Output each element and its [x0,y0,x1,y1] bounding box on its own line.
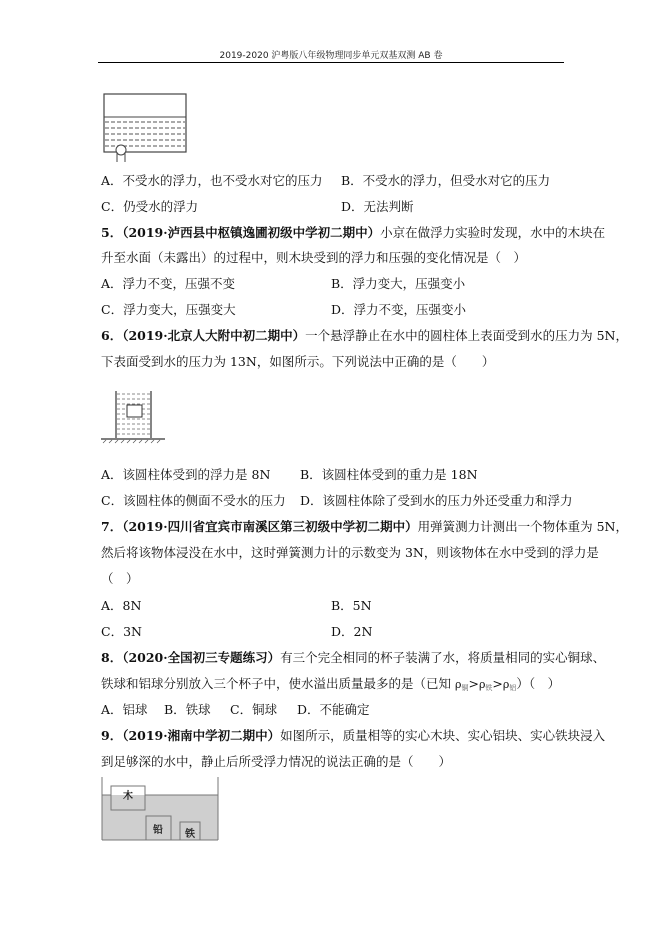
q7-stem-line-1: 7．（2019·四川省宜宾市南溪区第三初级中学初二期中）用弹簧测力计测出一个物体… [101,519,628,535]
q8-option-d: D．不能确定 [297,702,370,718]
q9-stem-line-1: 9．（2019·湘南中学初二期中）如图所示，质量相等的实心木块、实心铝块、实心铁… [101,728,605,744]
q7-source: （2019·四川省宜宾市南溪区第三初级中学初二期中） [122,519,417,534]
header-rule [98,62,564,63]
gt-sign: > [468,676,478,691]
q6-option-a: A．该圆柱体受到的浮力是 8N [101,467,270,483]
q6-source: （2019·北京人大附中初二期中） [122,328,305,343]
q6-option-d: D．该圆柱体除了受到水的压力外还受重力和浮力 [300,493,573,509]
q6-stem-line-1: 6．（2019·北京人大附中初二期中）一个悬浮静止在水中的圆柱体上表面受到水的压… [101,328,628,344]
q7-stem-line-3: （ ） [101,571,139,587]
q9-figure-blocks-in-water: 木 铅 铁 [101,777,221,843]
q6-figure-cylinder-in-water [101,390,167,444]
q6-text-1: 一个悬浮静止在水中的圆柱体上表面受到水的压力为 5N， [305,328,628,343]
q5-text-1: 小京在做浮力实验时发现，水中的木块在 [380,225,605,240]
q9-number: 9． [101,728,122,743]
q9-source: （2019·湘南中学初二期中） [122,728,280,743]
q9-text-1: 如图所示，质量相等的实心木块、实心铝块、实心铁块浸入 [280,728,605,743]
q9-stem-line-2: 到足够深的水中，静止后所受浮力情况的说法正确的是（ ） [101,754,451,770]
q8-option-a: A．铝球 [101,702,148,718]
q5-option-b: B．浮力变大，压强变小 [331,276,465,292]
q7-option-a: A．8N [101,598,141,614]
iron-label: 铁 [184,827,195,840]
q4-option-d: D．无法判断 [341,199,414,215]
q8-stem-line-1: 8．（2020·全国初三专题练习）有三个完全相同的杯子装满了水，将质量相同的实心… [101,650,605,666]
q7-option-d: D．2N [331,624,372,640]
q5-stem-line-1: 5．（2019·泸西县中枢镇逸圃初级中学初二期中）小京在做浮力实验时发现，水中的… [101,225,605,241]
q7-text-1: 用弹簧测力计测出一个物体重为 5N， [418,519,628,534]
q5-option-c: C．浮力变大，压强变大 [101,302,236,318]
q8-option-c: C．铜球 [230,702,277,718]
wood-label: 木 [123,789,133,802]
q5-option-d: D．浮力不变，压强变小 [331,302,466,318]
q4-option-c: C．仍受水的浮力 [101,199,198,215]
q7-stem-line-2: 然后将该物体浸没在水中，这时弹簧测力计的示数变为 3N，则该物体在水中受到的浮力… [101,545,599,561]
q4-figure-tank [103,93,189,163]
q5-number: 5． [101,225,122,240]
q8-stem-line-2: 铁球和铝球分别放入三个杯子中，使水溢出质量最多的是（已知 ρ铜>ρ铁>ρ铝）（ … [101,676,560,696]
q5-stem-line-2: 升至水面（未露出）的过程中，则木块受到的浮力和压强的变化情况是（ ） [101,250,526,266]
q5-option-a: A．浮力不变，压强不变 [101,276,235,292]
q6-option-c: C．该圆柱体的侧面不受水的压力 [101,493,286,509]
q5-source: （2019·泸西县中枢镇逸圃初级中学初二期中） [122,225,380,240]
q8-text-1: 有三个完全相同的杯子装满了水，将质量相同的实心铜球、 [280,650,605,665]
q8-text-2b: ）（ ） [516,676,560,691]
q6-number: 6． [101,328,122,343]
q7-option-c: C．3N [101,624,142,640]
gt-sign: > [492,676,502,691]
q6-option-b: B．该圆柱体受到的重力是 18N [300,467,478,483]
q4-option-b: B．不受水的浮力，但受水对它的压力 [341,173,550,189]
q4-option-a: A．不受水的浮力，也不受水对它的压力 [101,173,323,189]
q8-source: （2020·全国初三专题练习） [122,650,280,665]
q6-stem-line-2: 下表面受到水的压力为 13N，如图所示。下列说法中正确的是（ ） [101,354,494,370]
q8-number: 8． [101,650,122,665]
q7-number: 7． [101,519,122,534]
q8-text-2a: 铁球和铝球分别放入三个杯子中，使水溢出质量最多的是（已知 [101,676,455,691]
q7-option-b: B．5N [331,598,372,614]
aluminum-label: 铅 [153,823,163,836]
q8-option-b: B．铁球 [164,702,211,718]
header-title: 2019-2020 沪粤版八年级物理同步单元双基双测 AB 卷 [98,48,564,61]
